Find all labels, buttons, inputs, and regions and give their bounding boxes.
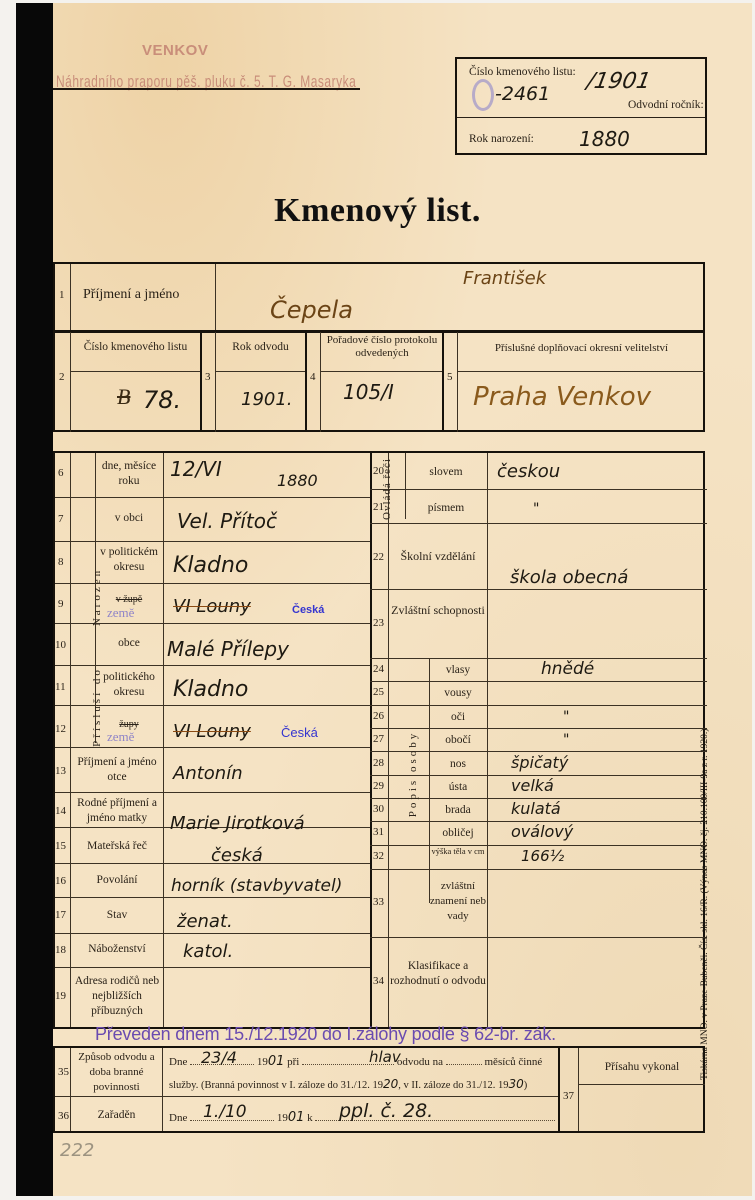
year-prefix: 19 [277, 1112, 288, 1124]
group-label-description: Popis osoby [407, 719, 419, 829]
home-land-label-stamp: země [107, 729, 134, 745]
spoken-language-value: českou [497, 461, 560, 482]
struck-prefix: B [117, 384, 130, 410]
assigned-unit-value: ppl. č. 28. [339, 1100, 433, 1122]
divider [55, 541, 370, 542]
record-id-box: Číslo kmenového listu: -2461 /1901 Odvod… [455, 57, 707, 155]
birth-year-value: 1880 [579, 127, 630, 151]
assigned-label: Zařaděn [71, 1108, 162, 1123]
stamp-underline [53, 88, 360, 90]
eyes-label: oči [429, 710, 487, 725]
row-number: 33 [373, 896, 384, 908]
section-personal: Narozen Přísluší do Ovládá řeči Popis os… [53, 451, 705, 1029]
divider [320, 332, 321, 432]
date-prefix: Dne [169, 1112, 187, 1124]
divider [55, 967, 370, 968]
divider [457, 371, 705, 372]
assigned-date-value: 1./10 [203, 1102, 247, 1122]
hair-value: hnědé [541, 659, 594, 679]
education-label: Školní vzdělání [389, 549, 487, 564]
divider [163, 453, 164, 1027]
written-language-value: " [533, 501, 539, 517]
divider [370, 681, 707, 682]
birth-town-label: v obci [95, 511, 163, 526]
divider [370, 869, 707, 870]
marital-status-label: Stav [71, 908, 163, 923]
row-number: 11 [55, 681, 66, 693]
religion-label: Náboženství [71, 942, 163, 957]
divider [370, 937, 707, 938]
row-number: 24 [373, 663, 384, 675]
eyebrows-value: " [563, 732, 569, 748]
reserve1-year-value: 20 [383, 1077, 398, 1091]
height-label: výška těla v cm [429, 847, 487, 856]
row-number: 19 [55, 990, 66, 1002]
service-line-2: služby. (Branná povinnost v I. záloze do… [169, 1077, 527, 1091]
row-number: 16 [55, 875, 66, 887]
divider [70, 264, 71, 330]
divider [55, 497, 370, 498]
special-skills-label: Zvláštní schopnosti [389, 603, 487, 618]
divider [578, 1084, 705, 1085]
row-number: 18 [55, 944, 66, 956]
row-number: 37 [563, 1090, 574, 1102]
nose-value: špičatý [511, 753, 568, 772]
birth-land-label-stamp: země [107, 605, 134, 621]
row-number: 22 [373, 551, 384, 563]
record-number-label: Číslo kmenového listu: [469, 66, 576, 78]
reserve2-year-value: 30 [508, 1077, 523, 1091]
record-year-value: /1901 [585, 69, 653, 94]
father-name-value: Antonín [173, 763, 243, 784]
row-number: 34 [373, 975, 384, 987]
spoken-language-label: slovem [405, 465, 487, 480]
home-town-label: obce [95, 636, 163, 651]
divider [370, 751, 707, 752]
row-number: 17 [55, 909, 66, 921]
row-number: 7 [58, 513, 64, 525]
row-number: 6 [58, 467, 64, 479]
draft-label: odvodu na [397, 1056, 443, 1068]
divider [370, 453, 372, 1027]
record-number-value: -2461 [495, 83, 550, 105]
divider [388, 453, 389, 1027]
mother-name-label: Rodné příjmení a jméno matky [71, 796, 163, 826]
row-number: 1 [59, 289, 65, 301]
service-line-1: Dne 23/4 1901 při hlav odvodu na měsíců … [169, 1054, 542, 1069]
hair-label: vlasy [429, 663, 487, 678]
surname-value: Čepela [270, 296, 353, 324]
face-value: oválový [511, 822, 573, 841]
home-district-label: politického okresu [95, 670, 163, 700]
binding-spine [16, 3, 53, 1196]
mouth-label: ústa [429, 780, 487, 795]
reserve-text-c: ) [524, 1080, 528, 1091]
face-label: obličej [429, 826, 487, 841]
home-district-value: Kladno [173, 677, 248, 702]
row-number: 2 [59, 371, 65, 383]
pencil-note: 222 [60, 1140, 94, 1161]
draft-date-value: 23/4 [201, 1048, 237, 1067]
row-number: 21 [373, 501, 384, 513]
row-number: 13 [55, 765, 66, 777]
birth-region-struck-value: VI Louny [173, 596, 251, 617]
draft-type-value: hlav [369, 1048, 401, 1066]
occupation-label: Povolání [71, 873, 163, 888]
at-label: při [287, 1056, 299, 1068]
birth-date-value: 12/VI [170, 457, 222, 481]
row-number: 29 [373, 780, 384, 792]
row-number: 5 [447, 371, 453, 383]
oath-label: Přísahu vykonal [579, 1060, 705, 1075]
year-label: Odvodní ročník: [628, 99, 704, 111]
reserve-text-a: služby. (Branná povinnost v I. záloze do… [169, 1080, 383, 1091]
row-number: 4 [310, 371, 316, 383]
row-number: 14 [55, 805, 66, 817]
row-number: 25 [373, 686, 384, 698]
assigned-year-suffix: 01 [288, 1110, 305, 1125]
divider [55, 330, 703, 333]
divider [305, 332, 307, 432]
divider [370, 489, 707, 490]
transfer-stamp: Převeden dnem 15./12.1920 do I.zálohy po… [95, 1024, 556, 1045]
col-header-record-number: Číslo kmenového listu [71, 340, 200, 355]
row-number: 20 [373, 465, 384, 477]
divider [215, 371, 305, 372]
section-identity: 1 Příjmení a jméno Čepela František 2 Čí… [53, 262, 705, 432]
divider [70, 371, 200, 372]
given-name-value: František [463, 268, 546, 289]
divider [370, 705, 707, 706]
religion-value: katol. [183, 941, 233, 962]
to-label: k [307, 1112, 313, 1124]
birth-date-label: dne, měsíce roku [95, 459, 163, 489]
district-command-cell: Praha Venkov [473, 382, 651, 412]
home-region-struck-value: VI Louny [173, 721, 251, 742]
section-service: 35 Způsob odvodu a doba branné povinnost… [53, 1046, 705, 1133]
divider [55, 897, 370, 898]
nose-label: nos [429, 757, 487, 772]
chin-value: kulatá [511, 799, 561, 818]
birth-town-value: Vel. Přítoč [177, 509, 277, 533]
row-number: 28 [373, 757, 384, 769]
home-town-value: Malé Přílepy [167, 637, 289, 661]
mother-tongue-label: Mateřská řeč [71, 839, 163, 854]
name-label: Příjmení a jméno [83, 287, 179, 302]
divider [320, 371, 442, 372]
chin-label: brada [429, 803, 487, 818]
divider [55, 1096, 558, 1097]
row-number: 27 [373, 733, 384, 745]
divider [558, 1048, 560, 1131]
eyebrows-label: obočí [429, 733, 487, 748]
divider [487, 453, 488, 1027]
birth-district-value: Kladno [173, 553, 248, 578]
education-value: škola obecná [510, 567, 628, 588]
father-name-label: Příjmení a jméno otce [71, 755, 163, 785]
protocol-number-cell: 105/I [343, 380, 394, 404]
prefix-o-stamp [472, 79, 494, 111]
draft-year-suffix: 01 [268, 1054, 285, 1069]
divider [370, 728, 707, 729]
row-number: 10 [55, 639, 66, 651]
divider [442, 332, 444, 432]
divider [70, 453, 71, 1027]
divider [370, 523, 707, 524]
row-number: 30 [373, 803, 384, 815]
assigned-line: Dne 1./10 1901 k ppl. č. 28. [169, 1110, 555, 1125]
birth-year-cell: 1880 [277, 471, 318, 490]
distinguishing-marks-label: zvláštní znamení neb vady [429, 879, 487, 924]
divider [215, 264, 216, 330]
row-number: 23 [373, 617, 384, 629]
mother-name-value: Marie Jirotková [170, 813, 305, 834]
mouth-value: velká [511, 776, 554, 795]
divider [370, 845, 707, 846]
unit-stamp-line1: VENKOV [142, 42, 208, 59]
record-number-cell: 78. [143, 386, 181, 414]
row-number: 9 [58, 598, 64, 610]
date-prefix: Dne [169, 1056, 187, 1068]
row-number: 12 [55, 723, 66, 735]
col-header-protocol-number: Pořadové číslo protokolu odvedených [323, 334, 441, 360]
row-number: 36 [58, 1110, 69, 1122]
service-type-label: Způsob odvodu a doba branné povinnosti [71, 1050, 162, 1095]
row-number: 15 [55, 840, 66, 852]
row-number: 26 [373, 710, 384, 722]
row-number: 35 [58, 1066, 69, 1078]
year-prefix: 19 [257, 1056, 268, 1068]
relatives-address-label: Adresa rodičů neb nejbližších příbuzných [71, 974, 163, 1019]
record-number-row: Číslo kmenového listu: -2461 /1901 Odvod… [457, 59, 705, 118]
printer-imprint: Tiskárna MNO. v Praze-Bubenči. Čís. skl.… [700, 729, 710, 1080]
occupation-value: horník (stavbyvatel) [171, 876, 342, 896]
divider [55, 933, 370, 934]
months-label: měsíců činné [485, 1056, 543, 1068]
reserve-text-b: , v II. záloze do 31./12. 19 [398, 1080, 508, 1091]
row-number: 3 [205, 371, 211, 383]
home-land-stamp-value: Česká [281, 725, 318, 740]
row-number: 31 [373, 826, 384, 838]
birth-year-label: Rok narození: [469, 133, 534, 145]
col-header-district-command: Příslušné doplňovací okresní velitelství [458, 341, 705, 356]
row-number: 32 [373, 850, 384, 862]
beard-label: vousy [429, 686, 487, 701]
page-title: Kmenový list. [0, 192, 755, 230]
height-value: 166½ [521, 847, 564, 865]
birth-land-stamp-value: Česká [292, 604, 324, 616]
written-language-label: písmem [405, 501, 487, 516]
divider [370, 589, 707, 590]
divider [370, 658, 707, 659]
classification-label: Klasifikace a rozhodnutí o odvodu [389, 959, 487, 989]
eyes-value: " [563, 709, 569, 725]
divider [55, 792, 370, 793]
divider [200, 332, 202, 432]
row-number: 8 [58, 556, 64, 568]
mother-tongue-value: česká [211, 845, 263, 866]
col-header-draft-year: Rok odvodu [216, 340, 305, 355]
birth-district-label: v politickém okresu [95, 545, 163, 575]
marital-status-value: ženat. [177, 911, 233, 932]
draft-year-cell: 1901. [241, 389, 293, 410]
divider [162, 1048, 163, 1131]
